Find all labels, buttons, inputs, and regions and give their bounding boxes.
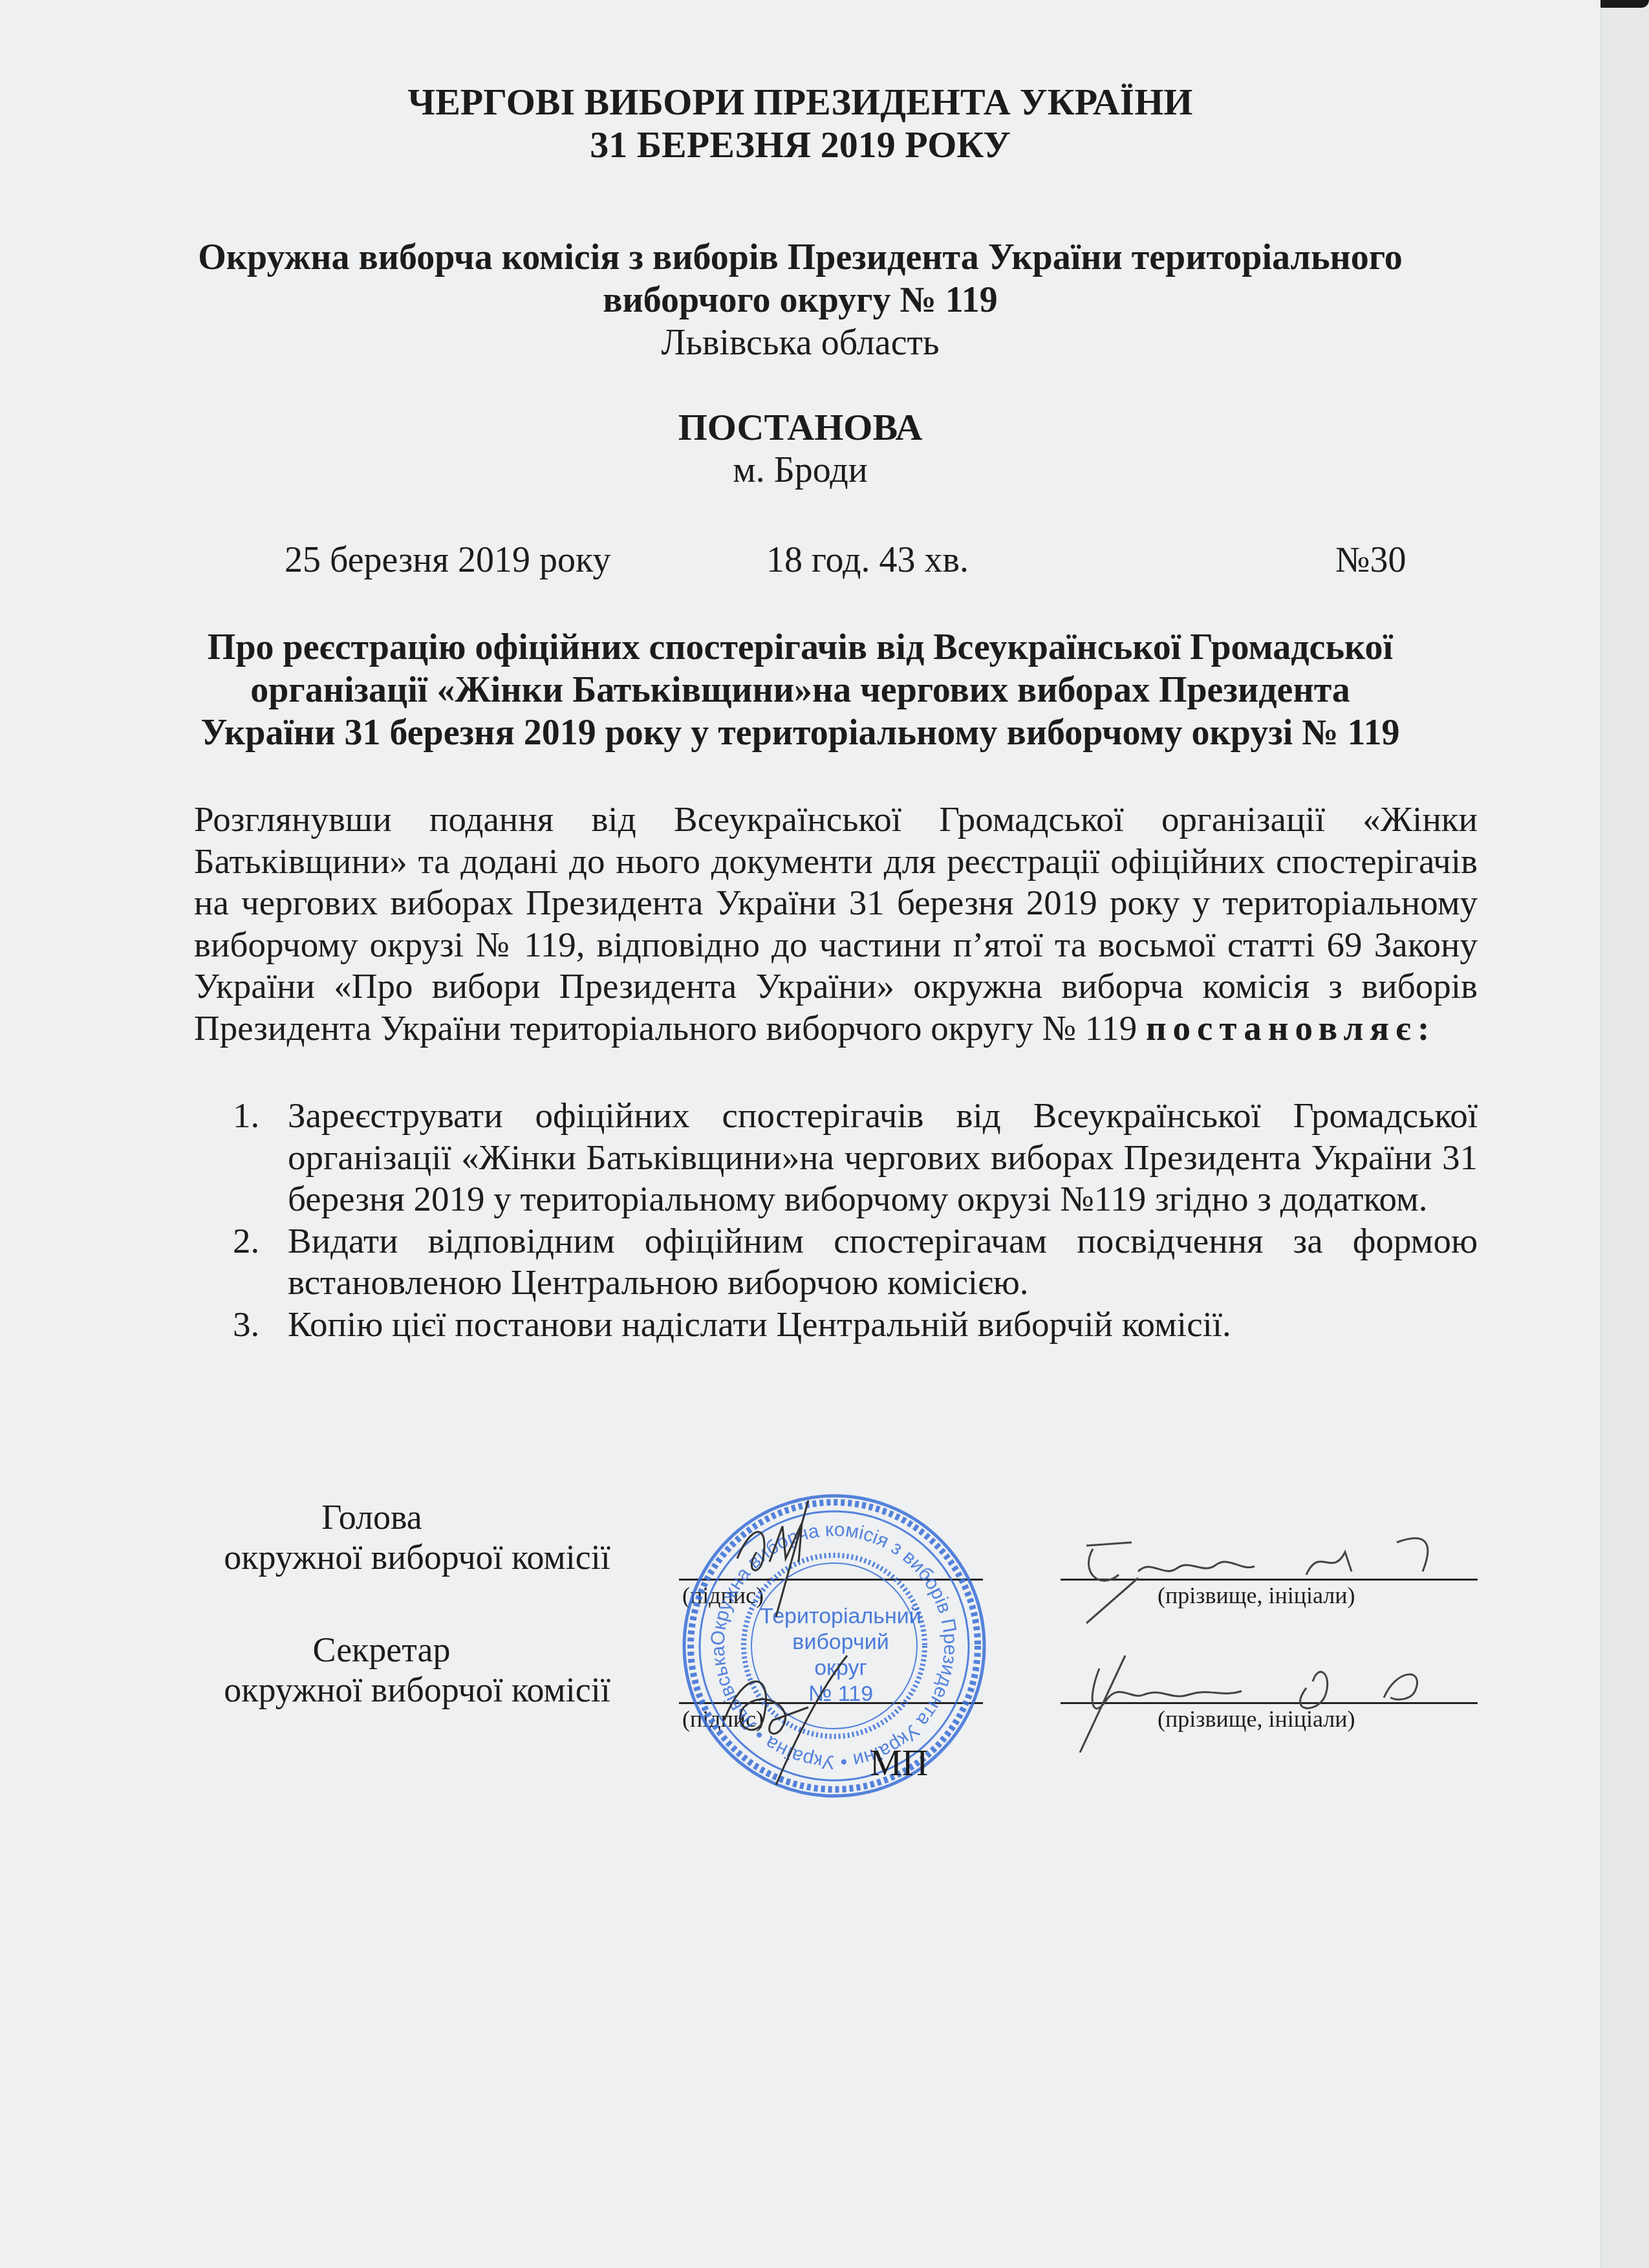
secretary-commission: окружної виборчої комісії	[184, 1670, 650, 1710]
document-type: ПОСТАНОВА	[0, 406, 1600, 449]
resolution-items: 1. Зареєструвати офіційних спостерігачів…	[233, 1095, 1478, 1345]
commission-name-line2: виборчого округу № 119	[0, 279, 1600, 321]
scan-paper-edge	[1600, 0, 1649, 2268]
scan-corner	[1600, 0, 1649, 8]
item-text: Зареєструвати офіційних спостерігачів ві…	[288, 1096, 1478, 1218]
commission-name-line1: Окружна виборча комісія з виборів Презид…	[0, 236, 1600, 279]
item-number: 3.	[233, 1304, 259, 1346]
chair-role: Голова окружної виборчої комісії	[184, 1497, 650, 1577]
document-page: ЧЕРГОВІ ВИБОРИ ПРЕЗИДЕНТА УКРАЇНИ 31 БЕР…	[0, 0, 1600, 2268]
document-place: м. Броди	[0, 449, 1600, 491]
secretary-handwritten-name-icon	[1061, 1643, 1481, 1753]
secretary-title: Секретар	[184, 1630, 650, 1670]
document-date: 25 березня 2019 року	[285, 539, 610, 581]
region: Львівська область	[0, 321, 1600, 364]
resolution-item-2: 2. Видати відповідним офіційним спостері…	[233, 1220, 1478, 1304]
chair-handwritten-name-icon	[1061, 1520, 1481, 1630]
subject-line3: України 31 березня 2019 року у територіа…	[0, 711, 1600, 754]
item-text: Копію цієї постанови надіслати Центральн…	[288, 1304, 1231, 1344]
item-number: 1.	[233, 1095, 259, 1137]
chair-signature-scribble-icon	[724, 1500, 867, 1630]
preamble-paragraph: Розглянувши подання від Всеукраїнської Г…	[194, 799, 1478, 1049]
seal-label: МП	[870, 1743, 928, 1784]
election-title: ЧЕРГОВІ ВИБОРИ ПРЕЗИДЕНТА УКРАЇНИ	[0, 81, 1600, 124]
item-text: Видати відповідним офіційним спостерігач…	[288, 1221, 1478, 1302]
subject-line2: організації «Жінки Батьківщини»на чергов…	[0, 669, 1600, 711]
subject-line1: Про реєстрацію офіційних спостерігачів в…	[0, 626, 1600, 669]
chair-title: Голова	[184, 1497, 650, 1537]
election-date-title: 31 БЕРЕЗНЯ 2019 РОКУ	[0, 124, 1600, 166]
resolves-keyword: постановляє:	[1146, 1008, 1436, 1048]
resolution-item-3: 3. Копію цієї постанови надіслати Центра…	[233, 1304, 1478, 1346]
document-number: №30	[1335, 539, 1406, 581]
item-number: 2.	[233, 1220, 259, 1262]
secretary-signature-scribble-icon	[718, 1630, 867, 1798]
secretary-role: Секретар окружної виборчої комісії	[184, 1630, 650, 1710]
document-time: 18 год. 43 хв.	[766, 539, 969, 581]
resolution-item-1: 1. Зареєструвати офіційних спостерігачів…	[233, 1095, 1478, 1220]
chair-commission: окружної виборчої комісії	[184, 1537, 650, 1577]
